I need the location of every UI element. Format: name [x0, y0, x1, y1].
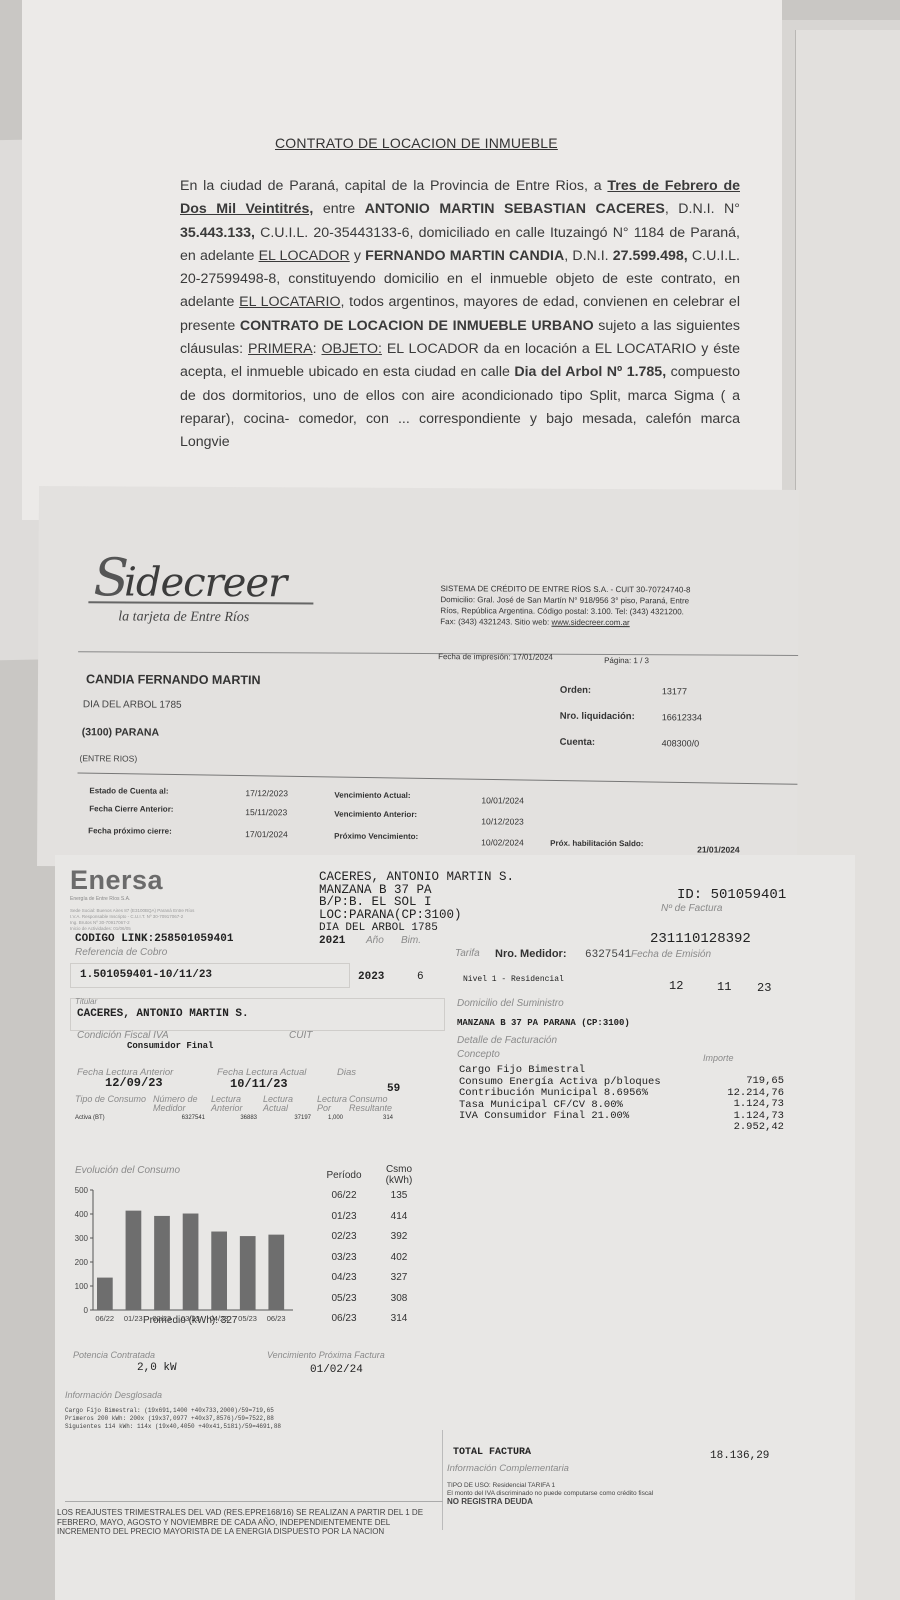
contract-text: 35.443.133, — [180, 225, 255, 241]
contract-text: , D.N.I. — [564, 248, 613, 264]
breakdown-line: Siguientes 114 kWh: 114x (19x40,4050 +40… — [65, 1423, 281, 1431]
liquidation-value: 16612334 — [662, 712, 702, 722]
y-tick-label: 0 — [84, 1306, 89, 1315]
prev-reading-date: 12/09/23 — [105, 1076, 163, 1090]
days-value: 59 — [387, 1083, 400, 1095]
customer-street: DIA DEL ARBOL 1785 — [319, 922, 438, 934]
reference-value: 1.501059401-10/11/23 — [80, 969, 212, 981]
reading-value: 36883 — [211, 1115, 257, 1121]
period-row: 05/23308 — [315, 1288, 435, 1309]
enersa-subtitle: Energía de Entre Ríos S.A. — [70, 896, 130, 902]
bar — [211, 1232, 227, 1310]
y-tick-label: 400 — [75, 1210, 89, 1219]
consumption-value: 392 — [373, 1231, 425, 1242]
holder-value: CACERES, ANTONIO MARTIN S. — [77, 1008, 249, 1020]
contract-text: OBJETO: — [321, 341, 381, 357]
period-table: PeríodoCsmo (kWh) 06/2213501/2341402/233… — [315, 1165, 435, 1329]
next-balance-value: 21/01/2024 — [697, 844, 740, 854]
due-label: Vencimiento Actual: — [334, 791, 410, 800]
reading-value: 37197 — [263, 1115, 311, 1121]
issue-date-label: Fecha de Emisión — [631, 949, 711, 960]
period-header-label: Período — [315, 1170, 373, 1181]
concept-label: Concepto — [457, 1049, 500, 1060]
divider — [442, 1430, 443, 1530]
breakdown-lines: Cargo Fijo Bimestral: (19x691,1400 +40x7… — [65, 1407, 281, 1431]
breakdown-line: Cargo Fijo Bimestral: (19x691,1400 +40x7… — [65, 1407, 281, 1415]
breakdown-line: Primeros 200 kWh: 200x (19x37,0977 +40x3… — [65, 1415, 281, 1423]
reading-value: Activa (BT) — [75, 1115, 147, 1121]
reference-label: Referencia de Cobro — [75, 947, 167, 958]
no-debt-status: NO REGISTRA DEUDA — [447, 1498, 653, 1506]
statement-value: 17/01/2024 — [245, 829, 288, 839]
holder-label: Titular — [75, 997, 97, 1006]
statement-value: 17/12/2023 — [245, 788, 288, 798]
supply-address-label: Domicilio del Suministro — [457, 998, 564, 1009]
consumption-value: 414 — [373, 1211, 425, 1222]
reading-header: Tipo de Consumo — [75, 1095, 153, 1104]
contract-text: Dia del Arbol Nº 1.785, — [514, 364, 666, 380]
supply-address: MANZANA B 37 PA PARANA (CP:3100) — [457, 1018, 630, 1028]
due-label: Próximo Vencimiento: — [334, 832, 418, 841]
consumption-value: 308 — [373, 1293, 425, 1304]
account-label: Cuenta: — [560, 737, 595, 748]
issue-day: 12 — [669, 979, 683, 993]
client-province: (ENTRE RIOS) — [80, 753, 138, 763]
consumption-value: 135 — [373, 1190, 425, 1201]
period-row: 03/23402 — [315, 1247, 435, 1268]
statement-label: Fecha Cierre Anterior: — [89, 804, 173, 813]
reading-value: 6327541 — [153, 1115, 205, 1121]
period-row: 01/23414 — [315, 1206, 435, 1227]
customer-id: ID: 501059401 — [677, 887, 786, 903]
reading-header: Lectura Por — [317, 1095, 349, 1113]
sidecreer-logo: Sidecreer — [93, 548, 286, 609]
statement-label: Fecha próximo cierre: — [88, 826, 172, 835]
power-value: 2,0 kW — [137, 1362, 177, 1374]
contract-text: ANTONIO MARTIN SEBASTIAN CACERES — [365, 201, 665, 217]
contract-text: CONTRATO DE LOCACION DE INMUEBLE URBANO — [240, 318, 594, 334]
liquidation-label: Nro. liquidación: — [560, 711, 635, 722]
period-row: 06/22135 — [315, 1186, 435, 1207]
contract-text: En la ciudad de Paraná, capital de la Pr… — [180, 178, 607, 194]
fine-line: Inicio de Actividades: 01/06/05 — [70, 926, 300, 932]
invoice-number: 231110128392 — [650, 931, 751, 947]
y-tick-label: 300 — [75, 1234, 89, 1243]
divider — [78, 772, 798, 784]
period-row: 06/23314 — [315, 1309, 435, 1330]
total-label: TOTAL FACTURA — [453, 1447, 531, 1458]
contract-text: , D.N.I. N° — [665, 201, 740, 217]
concept-amount: 719,65 — [746, 1076, 784, 1088]
bim-value: 6 — [417, 971, 424, 983]
next-due-label: Vencimiento Próxima Factura — [267, 1350, 385, 1360]
period-value: 06/23 — [315, 1313, 373, 1324]
y-tick-label: 500 — [75, 1186, 89, 1195]
reading-header: Consumo Resultante — [349, 1095, 399, 1113]
reading-value: 314 — [349, 1115, 393, 1121]
reading-table: Tipo de ConsumoActiva (BT)Número de Medi… — [75, 1095, 440, 1131]
cuit-label: CUIT — [289, 1030, 312, 1041]
sidecreer-tagline: la tarjeta de Entre Ríos — [118, 609, 249, 626]
bar — [268, 1235, 284, 1310]
concept-amount: 2.952,42 — [734, 1122, 784, 1134]
iva-condition: Consumidor Final — [127, 1041, 213, 1051]
rental-contract-page: CONTRATO DE LOCACION DE INMUEBLE En la c… — [22, 0, 782, 520]
period-header: PeríodoCsmo (kWh) — [315, 1165, 435, 1186]
contract-text: PRIMERA — [248, 341, 313, 357]
meter-value: 6327541 — [585, 949, 631, 961]
y-tick-label: 200 — [75, 1258, 89, 1267]
x-tick-label: 05/23 — [238, 1314, 257, 1323]
reading-header: Número de Medidor — [153, 1095, 211, 1113]
customer-line: B/P:B. EL SOL I — [319, 896, 514, 909]
year-value: 2023 — [358, 971, 384, 983]
issue-month: 11 — [717, 980, 731, 994]
bim-label: Bim. — [401, 935, 421, 946]
contract-body: En la ciudad de Paraná, capital de la Pr… — [180, 175, 740, 455]
customer-line: LOC:PARANA(CP:3100) — [319, 909, 514, 922]
period-value: 05/23 — [315, 1293, 373, 1304]
logo-text: idecreer — [124, 559, 286, 606]
due-value: 10/01/2024 — [481, 795, 524, 805]
divider — [65, 1501, 443, 1502]
y-tick-label: 100 — [75, 1282, 89, 1291]
tarifa-label: Tarifa — [455, 948, 480, 959]
period-value: 04/23 — [315, 1272, 373, 1283]
customer-block: CACERES, ANTONIO MARTIN S. MANZANA B 37 … — [319, 871, 514, 921]
billing-detail-label: Detalle de Facturación — [457, 1035, 557, 1046]
contract-title: CONTRATO DE LOCACION DE INMUEBLE — [275, 135, 558, 151]
concept-amount: 1.124,73 — [734, 1099, 784, 1111]
statement-label: Estado de Cuenta al: — [89, 786, 168, 795]
chart-title: Evolución del Consumo — [75, 1165, 180, 1176]
enersa-fine-print: Sede Social: Buenos Aires 87 (E3100BQA) … — [70, 908, 300, 932]
complementary-info-label: Información Complementaria — [447, 1463, 569, 1474]
amount-label: Importe — [703, 1053, 734, 1063]
period-value: 02/23 — [315, 1231, 373, 1242]
customer-line: CACERES, ANTONIO MARTIN S. — [319, 871, 514, 884]
concept-list: Cargo Fijo Bimestral719,65Consumo Energí… — [459, 1065, 784, 1123]
client-name: CANDIA FERNANDO MARTIN — [86, 672, 261, 687]
concept-name: IVA Consumidor Final 21.00% — [459, 1111, 629, 1123]
consumption-value: 402 — [373, 1252, 425, 1263]
client-city: (3100) PARANA — [82, 726, 159, 738]
reading-value: 1,000 — [317, 1115, 343, 1121]
order-label: Orden: — [560, 685, 591, 696]
contract-text: FERNANDO MARTIN CANDIA — [365, 248, 564, 264]
contract-text: 27.599.498, — [613, 248, 688, 264]
x-tick-label: 06/23 — [267, 1314, 286, 1323]
period-rows: 06/2213501/2341402/2339203/2340204/23327… — [315, 1186, 435, 1330]
meter-label: Nro. Medidor: — [495, 948, 567, 960]
customer-year-code: 2021 — [319, 935, 345, 947]
bar — [154, 1216, 170, 1310]
reading-header: Lectura Anterior — [211, 1095, 263, 1113]
comp-line: TIPO DE USO: Residencial TARIFA 1 — [447, 1482, 653, 1490]
company-line: Fax: (343) 4321243. Sitio web: — [440, 617, 551, 627]
issue-year: 23 — [757, 981, 771, 995]
due-label: Vencimiento Anterior: — [334, 810, 417, 819]
total-value: 18.136,29 — [710, 1450, 769, 1462]
period-value: 03/23 — [315, 1252, 373, 1263]
bar — [97, 1278, 113, 1310]
sidecreer-statement: Sidecreer la tarjeta de Entre Ríos SISTE… — [37, 486, 799, 870]
average-consumption: Promedio (kWh): 327 — [143, 1315, 237, 1326]
period-row: 04/23327 — [315, 1268, 435, 1289]
concept-row: Cargo Fijo Bimestral719,65 — [459, 1065, 784, 1077]
next-balance-label: Próx. habilitación Saldo: — [550, 839, 643, 848]
account-value: 408300/0 — [662, 738, 700, 748]
days-label: Dias — [337, 1067, 356, 1078]
order-value: 13177 — [662, 686, 687, 696]
period-row: 02/23392 — [315, 1227, 435, 1248]
power-label: Potencia Contratada — [73, 1350, 155, 1360]
period-value: 01/23 — [315, 1211, 373, 1222]
print-date: Fecha de impresión: 17/01/2024 — [438, 652, 553, 662]
tarifa-value: Nivel 1 - Residencial — [463, 975, 564, 984]
footer-note: LOS REAJUSTES TRIMESTRALES DEL VAD (RES.… — [57, 1508, 437, 1537]
bar-chart: 010020030040050006/2201/2302/2303/2304/2… — [63, 1177, 313, 1337]
statement-value: 15/11/2023 — [245, 807, 287, 817]
contract-text: EL LOCATARIO — [239, 294, 340, 310]
contract-text: entre — [313, 201, 364, 217]
enersa-invoice: Enersa Energía de Entre Ríos S.A. Sede S… — [55, 855, 855, 1600]
concept-name: Cargo Fijo Bimestral — [459, 1065, 585, 1077]
website-link[interactable]: www.sidecreer.com.ar — [551, 618, 629, 627]
due-value: 10/02/2024 — [481, 837, 524, 847]
reading-header: Lectura Actual — [263, 1095, 317, 1113]
year-label: Año — [366, 935, 384, 946]
x-tick-label: 06/22 — [95, 1314, 114, 1323]
company-info: SISTEMA DE CRÉDITO DE ENTRE RÍOS S.A. - … — [440, 583, 750, 629]
link-code: CODIGO LINK:258501059401 — [75, 933, 233, 945]
enersa-logo: Enersa — [70, 865, 163, 896]
invoice-number-label: Nº de Factura — [661, 903, 722, 914]
period-value: 06/22 — [315, 1190, 373, 1201]
client-address: DIA DEL ARBOL 1785 — [83, 699, 182, 711]
bar — [183, 1214, 199, 1310]
page-number: Página: 1 / 3 — [604, 656, 649, 665]
contract-text: EL LOCADOR — [259, 248, 350, 264]
iva-condition-label: Condición Fiscal IVA — [77, 1030, 169, 1041]
consumption-value: 314 — [373, 1313, 425, 1324]
bar — [240, 1236, 256, 1310]
breakdown-label: Información Desglosada — [65, 1390, 162, 1400]
bar — [126, 1211, 142, 1310]
complementary-info: TIPO DE USO: Residencial TARIFA 1 El mon… — [447, 1482, 653, 1506]
due-value: 10/12/2023 — [481, 816, 524, 826]
curr-reading-date: 10/11/23 — [230, 1077, 288, 1091]
next-due-value: 01/02/24 — [310, 1364, 363, 1376]
csmo-header-label: Csmo (kWh) — [373, 1164, 425, 1186]
x-tick-label: 01/23 — [124, 1314, 143, 1323]
contract-text: y — [350, 248, 365, 264]
concept-name: Contribución Municipal 8.6956% — [459, 1088, 648, 1100]
consumption-value: 327 — [373, 1272, 425, 1283]
